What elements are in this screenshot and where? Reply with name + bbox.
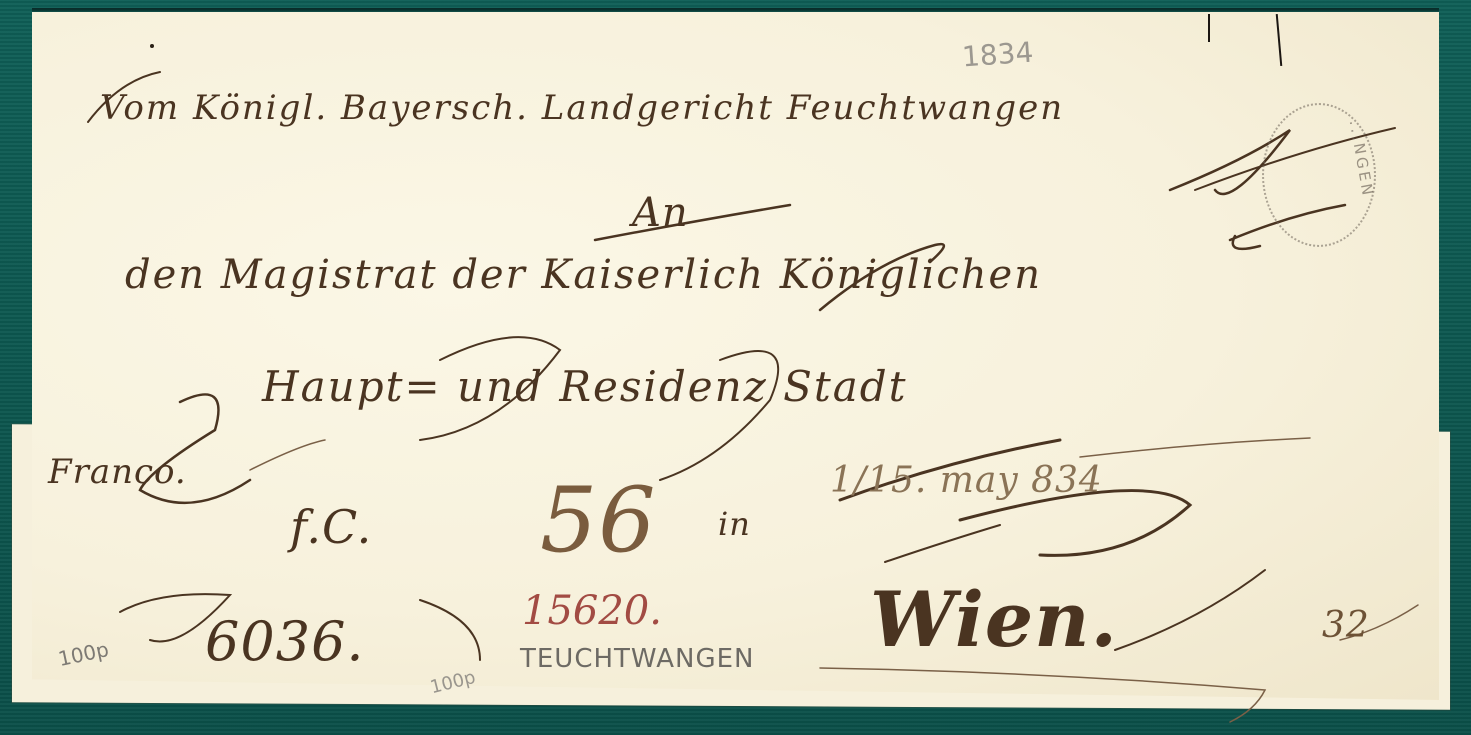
pencil-year: 1834: [961, 36, 1034, 74]
franco-note: Franco.: [48, 452, 187, 492]
initials-note: f.C.: [290, 500, 372, 554]
destination-city: Wien.: [870, 575, 1118, 664]
red-docket-number: 15620.: [522, 588, 662, 634]
address-line-1: An: [632, 190, 689, 236]
sender-line: Vom Königl. Bayersch. Landgericht Feucht…: [100, 88, 1064, 128]
in-word: in: [718, 505, 751, 543]
page-number-mark: 32: [1322, 605, 1370, 646]
pencil-town-name: TEUCHTWANGEN: [520, 644, 754, 674]
reference-number: 6036.: [205, 610, 365, 673]
address-line-2: den Magistrat der Kaiserlich Königlichen: [125, 252, 1042, 298]
address-line-3: Haupt= und Residenz Stadt: [262, 362, 908, 411]
rate-number: 56: [540, 468, 657, 573]
receipt-date-note: 1/15. may 834: [830, 460, 1103, 501]
